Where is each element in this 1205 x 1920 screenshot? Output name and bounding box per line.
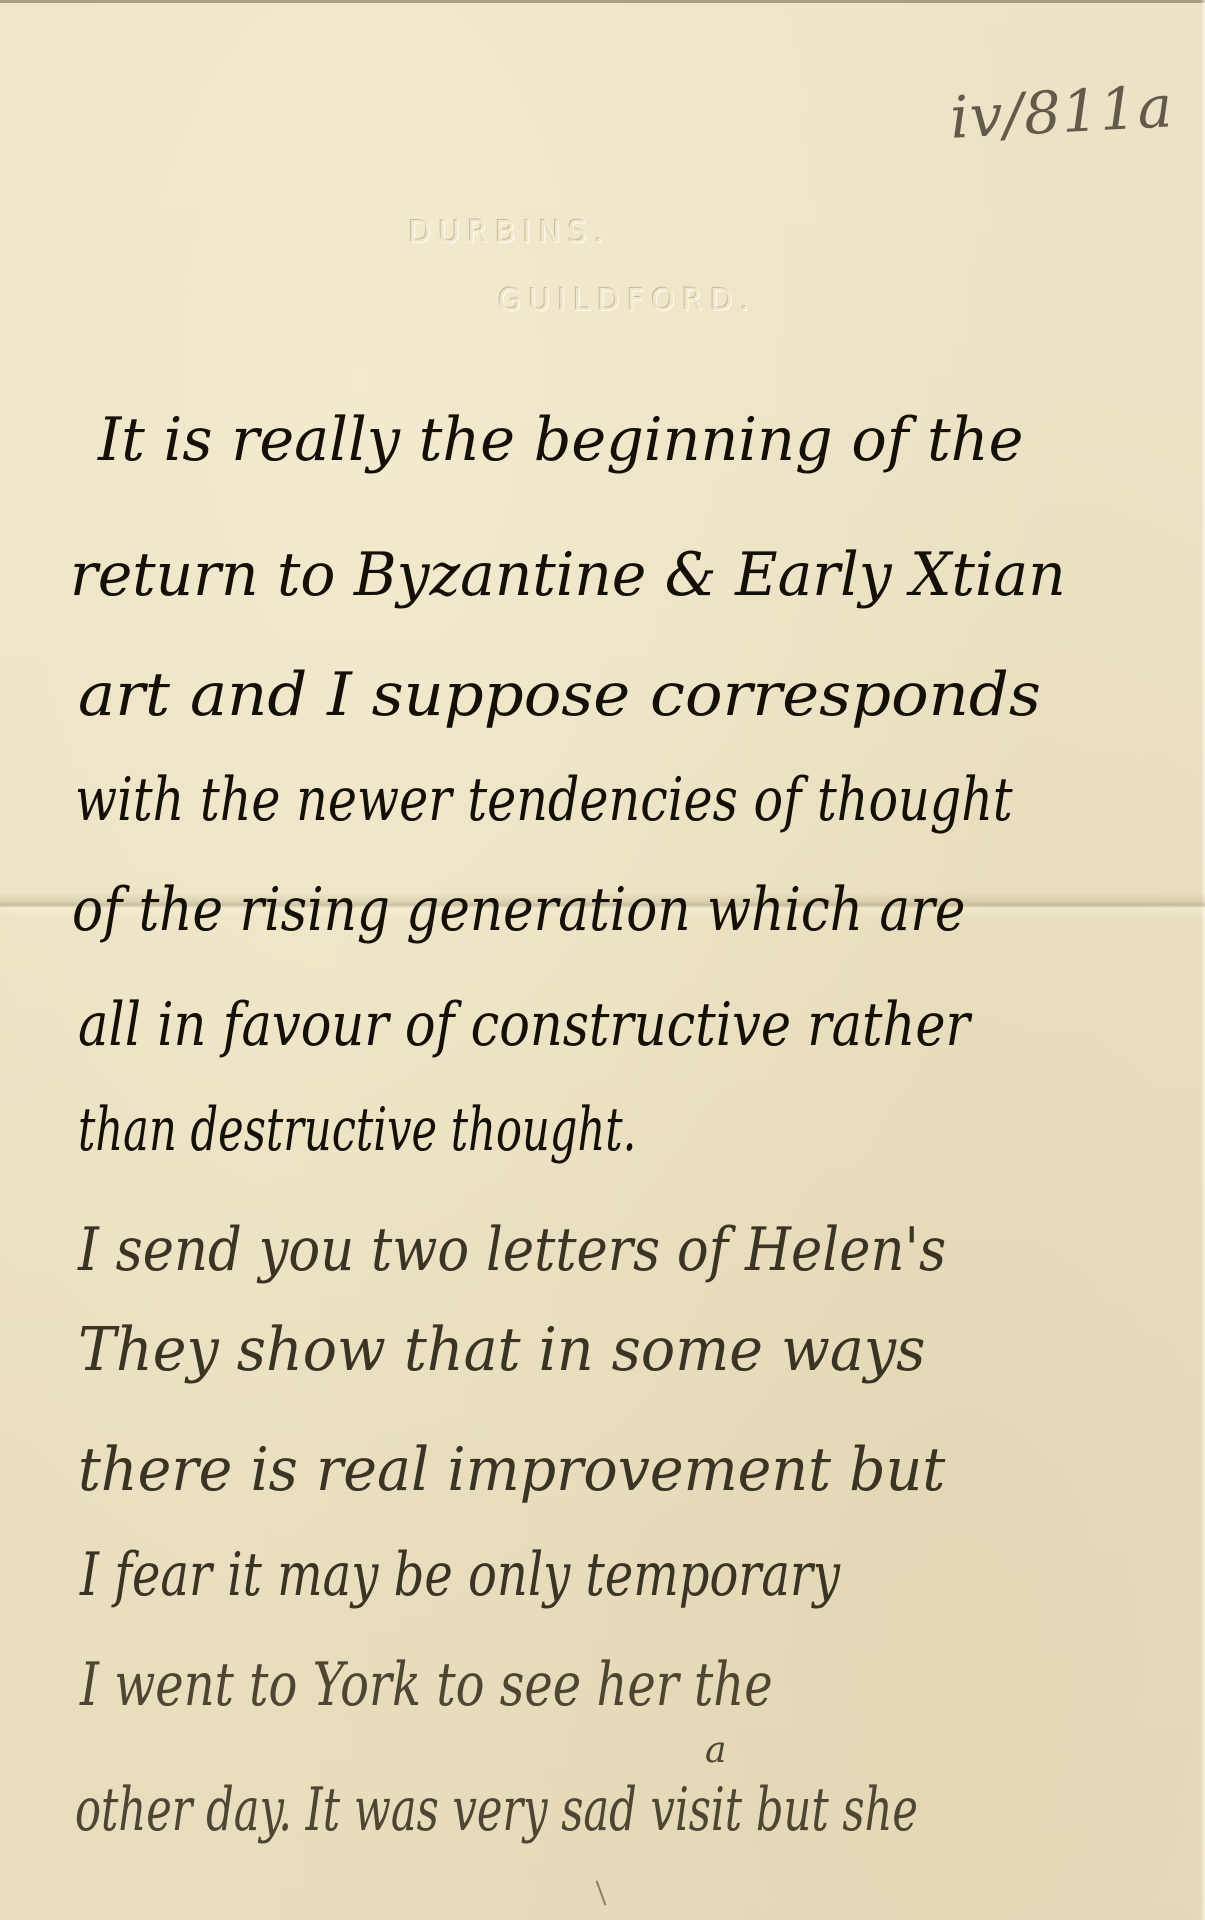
letter-line-11: I fear it may be only temporary (80, 1545, 840, 1605)
letterhead-town: GUILDFORD. (498, 283, 756, 318)
letter-line-3: art and I suppose corresponds (78, 665, 1041, 725)
letter-line-7: than destructive thought. (78, 1100, 636, 1160)
letter-line-6: all in favour of constructive rather (78, 995, 970, 1055)
letter-line-5: of the rising generation which are (72, 880, 965, 940)
page-top-edge (0, 0, 1205, 3)
letter-line-4: with the newer tendencies of thought (75, 770, 1013, 830)
letter-line-1: It is really the beginning of the (98, 410, 1023, 470)
page-right-edge (1201, 0, 1205, 1920)
inserted-word: a (705, 1730, 726, 1771)
letter-line-10: there is real improvement but (78, 1440, 945, 1500)
letter-line-9: They show that in some ways (78, 1320, 925, 1380)
letterhead-house-name: DURBINS. (408, 215, 610, 250)
letter-line-8: I send you two letters of Helen's (78, 1220, 946, 1280)
letter-line-12: I went to York to see her the (80, 1655, 773, 1715)
letter-line-2: return to Byzantine & Early Xtian (70, 545, 1066, 605)
archive-reference-mark: iv/811a (948, 72, 1174, 152)
letter-line-13: other day. It was very sad visit but she (75, 1780, 918, 1840)
